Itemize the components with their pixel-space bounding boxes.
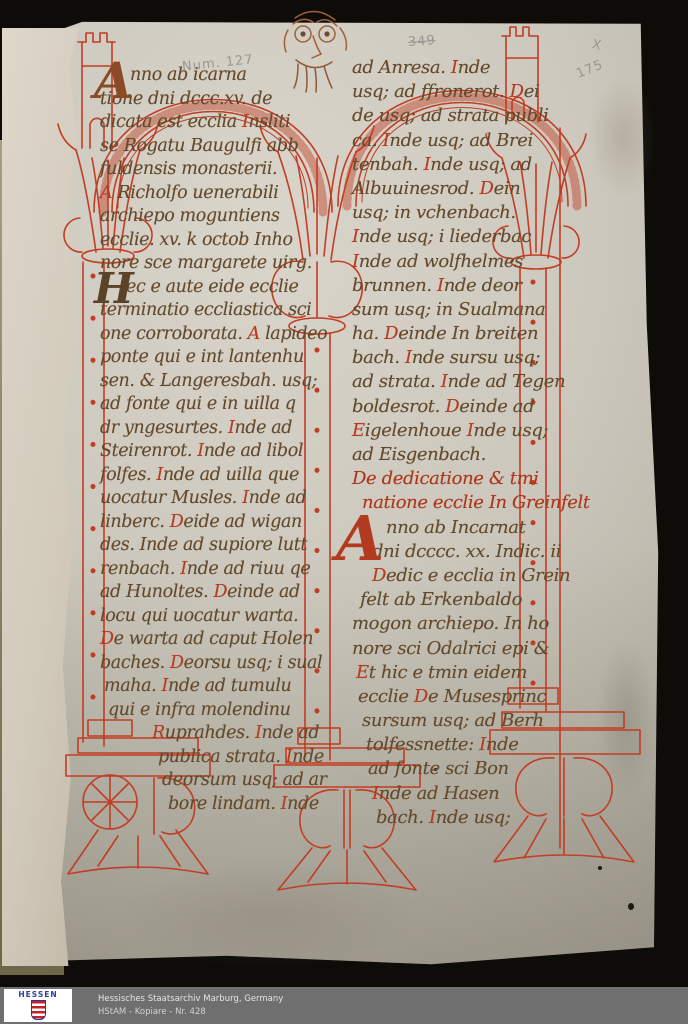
manuscript-line: baches. Deorsu usq; i sual [100, 652, 340, 676]
ink-speck [628, 903, 634, 910]
manuscript-line: linberc. Deide ad wigan [100, 511, 340, 535]
manuscript-line: ponte qui e int lantenhu [100, 346, 340, 370]
archive-footer-bar: HESSEN Hessisches Staatsarchiv Marburg, … [0, 987, 688, 1024]
hessen-logo: HESSEN [4, 989, 72, 1022]
rubric-line: natione ecclie In Greinfelt [362, 491, 600, 515]
manuscript-line: ad strata. Inde ad Tegen [352, 370, 600, 394]
manuscript-line: sum usq; in Sualmana [352, 298, 600, 322]
manuscript-line: Ruprahdes. Inde ad [152, 722, 340, 746]
manuscript-line: locu qui uocatur warta. [100, 605, 340, 629]
text-column-right: ad Anresa. Indeusq; ad ffronerot. Deide … [352, 56, 600, 830]
archive-name: Hessisches Staatsarchiv Marburg, Germany [98, 993, 283, 1006]
manuscript-line: ecclie. xv. k octob Inho [100, 229, 340, 253]
manuscript-line: deorsum usq; ad ar [162, 769, 340, 793]
pencil-annotation: 349 [408, 33, 437, 50]
manuscript-photo: nno ab icarnatione dni dccc.xv. dedicata… [0, 0, 688, 987]
manuscript-line: renbach. Inde ad riuu qe [100, 558, 340, 582]
manuscript-line: ca. Inde usq; ad Brei [352, 129, 600, 153]
manuscript-line: usq; in vchenbach. [352, 201, 600, 225]
manuscript-line: Inde ad wolfhelmes [352, 250, 600, 274]
drop-cap-initial: H [94, 268, 133, 310]
drop-cap-initial: A [94, 56, 132, 106]
manuscript-line: Albuuinesrod. Dein [352, 177, 600, 201]
manuscript-line: brunnen. Inde deor [352, 274, 600, 298]
manuscript-line: fuldensis monasterii. [100, 158, 340, 182]
manuscript-line: tione dni dccc.xv. de [100, 88, 340, 112]
manuscript-line: dr yngesurtes. Inde ad [100, 417, 340, 441]
manuscript-line: tenbah. Inde usq; ad [352, 153, 600, 177]
drop-cap-initial: A [336, 508, 384, 570]
manuscript-line: De warta ad caput Holen [100, 628, 340, 652]
manuscript-line: sen. & Langeresbah. usq; [100, 370, 340, 394]
manuscript-line: ad Hunoltes. Deinde ad [100, 581, 340, 605]
manuscript-line: ad Eisgenbach. [352, 443, 600, 467]
manuscript-line: qui e infra molendinu [108, 699, 340, 723]
manuscript-line: Inde usq; i liederbac [352, 225, 600, 249]
manuscript-line: Et hic e tmin eidem [356, 661, 600, 685]
manuscript-line: dni dcccc. xx. Indic. ii [372, 540, 600, 564]
manuscript-line: bach. Inde sursu usq; [352, 346, 600, 370]
manuscript-line: publica strata. Inde [158, 746, 340, 770]
manuscript-line: nore sce margarete uirg. [100, 252, 340, 276]
manuscript-line: A Richolfo uenerabili [100, 182, 340, 206]
hessen-shield-icon [31, 1000, 46, 1020]
screenshot-stage: nno ab icarnatione dni dccc.xv. dedicata… [0, 0, 688, 1024]
manuscript-line: ha. Deinde In breiten [352, 322, 600, 346]
rubric-line: De dedicatione & tmi [352, 467, 600, 491]
manuscript-line: Eigelenhoue Inde usq; [352, 419, 600, 443]
manuscript-line: felt ab Erkenbaldo [360, 588, 600, 612]
manuscript-line: ec e aute eide ecclie [126, 276, 340, 300]
text-column-left: nno ab icarnatione dni dccc.xv. dedicata… [100, 64, 340, 816]
manuscript-line: se Rogatu Baugulfi abb [100, 135, 340, 159]
manuscript-line: nno ab Incarnat [386, 516, 600, 540]
manuscript-line: terminatio eccliastica sci [100, 299, 340, 323]
manuscript-line: one corroborata. A lapideo [100, 323, 340, 347]
manuscript-line: des. Inde ad supiore lutt [100, 534, 340, 558]
archive-caption: Hessisches Staatsarchiv Marburg, Germany… [98, 993, 283, 1019]
manuscript-line: usq; ad ffronerot. Dei [352, 80, 600, 104]
manuscript-line: mogon archiepo. In ho [352, 612, 600, 636]
ink-speck [598, 866, 602, 870]
manuscript-line: tolfessnette: Inde [366, 733, 600, 757]
manuscript-line: bore lindam. Inde [168, 793, 340, 817]
manuscript-line: Inde ad Hasen [372, 782, 600, 806]
manuscript-line: nore sci Odalrici epi & [352, 637, 600, 661]
manuscript-line: ad fonte sci Bon [368, 757, 600, 781]
manuscript-line: folfes. Inde ad uilla que [100, 464, 340, 488]
manuscript-line: archiepo moguntiens [100, 205, 340, 229]
manuscript-line: bach. Inde usq; [376, 806, 600, 830]
manuscript-line: Dedic e ecclia in Grein [372, 564, 600, 588]
manuscript-line: boldesrot. Deinde ad [352, 395, 600, 419]
manuscript-line: ad fonte qui e in uilla q [100, 393, 340, 417]
manuscript-line: maha. Inde ad tumulu [104, 675, 340, 699]
hessen-logo-word: HESSEN [18, 990, 57, 999]
manuscript-line: uocatur Musles. Inde ad [100, 487, 340, 511]
manuscript-line: ecclie De Musesprinc [358, 685, 600, 709]
manuscript-line: sursum usq; ad Berh [362, 709, 600, 733]
manuscript-line: de usq; ad strata publi [352, 104, 600, 128]
manuscript-line: ad Anresa. Inde [352, 56, 600, 80]
manuscript-line: Steirenrot. Inde ad libol [100, 440, 340, 464]
manuscript-line: dicata est ecclia Insliti [100, 111, 340, 135]
shelfmark: HStAM - Kopiare - Nr. 428 [98, 1006, 283, 1019]
